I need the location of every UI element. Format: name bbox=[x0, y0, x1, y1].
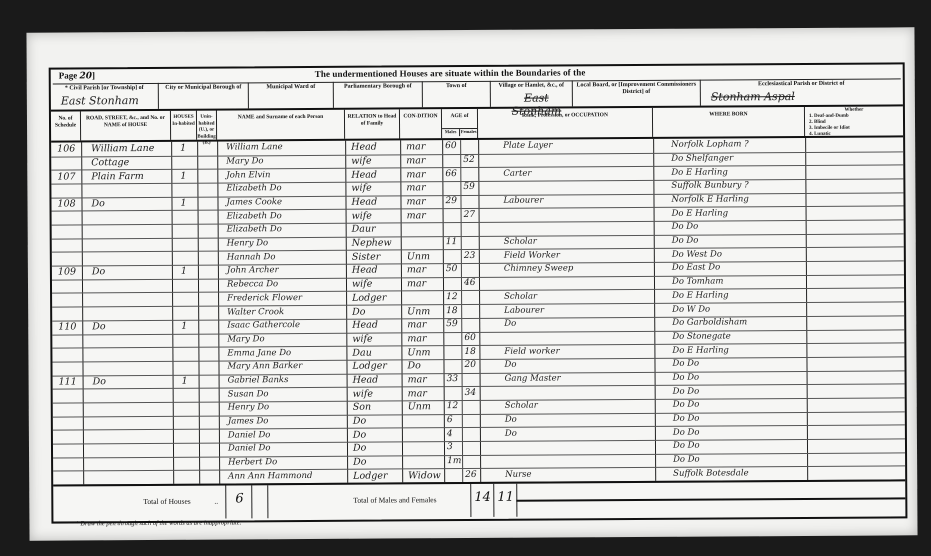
cell-address: Plain Farm bbox=[91, 169, 144, 184]
infirmity-legend: Whether1. Deaf-and-Dumb2. Blind3. Imbeci… bbox=[809, 107, 899, 138]
cell-occupation: Carter bbox=[503, 166, 531, 181]
total-males-value: 14 bbox=[474, 490, 491, 505]
col-header-relation: RELATION to Head of Family bbox=[345, 109, 400, 138]
col-header-infirmity: Whether1. Deaf-and-Dumb2. Blind3. Imbeci… bbox=[805, 106, 903, 136]
totals-row: Total of Houses.. 6 Total of Males and F… bbox=[53, 479, 905, 521]
census-form: Page 20] The undermentioned Houses are s… bbox=[49, 62, 908, 523]
cell-relation: Lodger bbox=[353, 468, 387, 483]
col-header-condition: CON-DITION bbox=[400, 109, 442, 138]
area-label: Local Board, or [Improvement Commissione… bbox=[573, 82, 700, 97]
cell-female-age: 26 bbox=[465, 468, 477, 483]
cell-female-age: 23 bbox=[464, 249, 476, 264]
area-7: Ecclesiastical Parish or District ofSton… bbox=[701, 78, 902, 105]
cell-address: Do bbox=[93, 374, 106, 389]
cell-schedule: 107 bbox=[57, 169, 75, 184]
cell-female-age: 20 bbox=[464, 358, 476, 373]
cell-occupation: Do bbox=[504, 317, 516, 332]
cell-female-age: 46 bbox=[464, 276, 476, 291]
cell-male-age: 1m bbox=[447, 454, 461, 469]
area-0: * Civil Parish [or Township] ofEast Ston… bbox=[51, 83, 159, 110]
total-persons-label: Total of Males and Females bbox=[353, 495, 436, 505]
cell-male-age: 60 bbox=[445, 139, 457, 154]
area-6: Local Board, or [Improvement Commissione… bbox=[573, 80, 701, 107]
cell-address: Do bbox=[91, 196, 104, 211]
col-header-name: NAME and Surname of each Person bbox=[217, 110, 345, 140]
age-females-header: Females bbox=[460, 129, 477, 136]
cell-schedule: 111 bbox=[59, 374, 77, 389]
cell-inhabited: 1 bbox=[182, 374, 188, 389]
cell-occupation: Gang Master bbox=[505, 371, 561, 386]
col-header-age: AGE ofMalesFemales bbox=[442, 109, 478, 138]
area-value: East Stonham bbox=[61, 94, 139, 107]
col-header-schedule: No. of Schedule bbox=[51, 111, 81, 140]
area-label: Ecclesiastical Parish or District of bbox=[701, 80, 902, 88]
cell-inhabited: 1 bbox=[180, 196, 186, 211]
cell-inhabited: 1 bbox=[180, 168, 186, 183]
area-2: Municipal Ward of bbox=[249, 82, 334, 109]
cell-male-age: 33 bbox=[447, 372, 459, 387]
cell-female-age: 34 bbox=[465, 386, 477, 401]
cell-condition: mar bbox=[407, 276, 426, 291]
total-females-value: 11 bbox=[497, 490, 514, 505]
cell-condition: mar bbox=[407, 208, 426, 223]
cell-occupation: Do bbox=[505, 426, 517, 441]
cell-male-age: 66 bbox=[445, 167, 457, 182]
footnote: * Draw the pen through such of the words… bbox=[75, 519, 241, 527]
cell-female-age: 52 bbox=[463, 153, 475, 168]
age-males-header: Males bbox=[442, 129, 460, 136]
cell-male-age: 29 bbox=[445, 194, 457, 209]
cell-occupation: Chimney Sweep bbox=[504, 262, 573, 277]
area-5: Village or Hamlet, &c., ofEast Stonham bbox=[491, 80, 573, 107]
cell-occupation: Labourer bbox=[503, 194, 543, 209]
cell-male-age: 50 bbox=[446, 263, 458, 278]
cell-schedule: 110 bbox=[58, 320, 76, 335]
area-3: Parliamentary Borough of bbox=[334, 81, 423, 108]
census-page: Page 20] The undermentioned Houses are s… bbox=[26, 27, 917, 540]
cell-address: Do bbox=[92, 265, 105, 280]
area-4: Town of bbox=[423, 81, 491, 107]
cell-female-age: 59 bbox=[463, 180, 475, 195]
cell-inhabited: 1 bbox=[181, 319, 187, 334]
cell-inhabited: 1 bbox=[180, 141, 186, 156]
cell-occupation: Plate Layer bbox=[503, 139, 552, 154]
cell-address: Do bbox=[92, 319, 105, 334]
col-header-occupation: Rank, Profession, or OCCUPATION bbox=[478, 108, 653, 138]
cell-inhabited: 1 bbox=[181, 264, 187, 279]
cell-birthplace: Suffolk Botesdale bbox=[673, 466, 749, 481]
col-header-houses-uninhabited: Unin-habited (U.), or Building (B.) bbox=[197, 111, 217, 140]
area-label: Parliamentary Borough of bbox=[334, 83, 422, 91]
total-houses-value: 6 bbox=[235, 491, 243, 506]
col-header-houses-inhabited: HOUSES In-habited bbox=[171, 111, 197, 140]
area-label: Municipal Ward of bbox=[249, 84, 333, 92]
cell-schedule: 109 bbox=[58, 265, 76, 280]
cell-name: Ann Ann Hammond bbox=[228, 469, 312, 485]
cell-occupation: Nurse bbox=[505, 467, 531, 482]
page-number: Page 20] bbox=[59, 70, 95, 81]
col-header-birthplace: WHERE BORN bbox=[653, 107, 805, 137]
cell-schedule: 108 bbox=[57, 196, 75, 211]
area-label: City or Municipal Borough of bbox=[159, 84, 248, 92]
cell-schedule: 106 bbox=[57, 142, 75, 157]
area-1: City or Municipal Borough of bbox=[159, 82, 249, 109]
total-houses-label: Total of Houses bbox=[143, 497, 190, 506]
cell-condition: Widow bbox=[408, 468, 441, 483]
cell-male-age: 59 bbox=[446, 317, 458, 332]
form-title: The undermentioned Houses are situate wi… bbox=[315, 67, 586, 79]
area-label: Town of bbox=[423, 83, 490, 90]
col-header-address: ROAD, STREET, &c., and No. or NAME of HO… bbox=[81, 111, 171, 141]
cell-male-age: 11 bbox=[446, 235, 458, 250]
cell-female-age: 27 bbox=[464, 208, 476, 223]
area-value: Stonham Aspal bbox=[711, 90, 795, 104]
census-entries: 106William Lane1William LaneHeadmar60Pla… bbox=[51, 137, 905, 484]
area-label: Village or Hamlet, &c., of bbox=[491, 82, 572, 89]
area-label: * Civil Parish [or Township] of bbox=[51, 85, 158, 93]
cell-condition: Unm bbox=[408, 400, 431, 415]
